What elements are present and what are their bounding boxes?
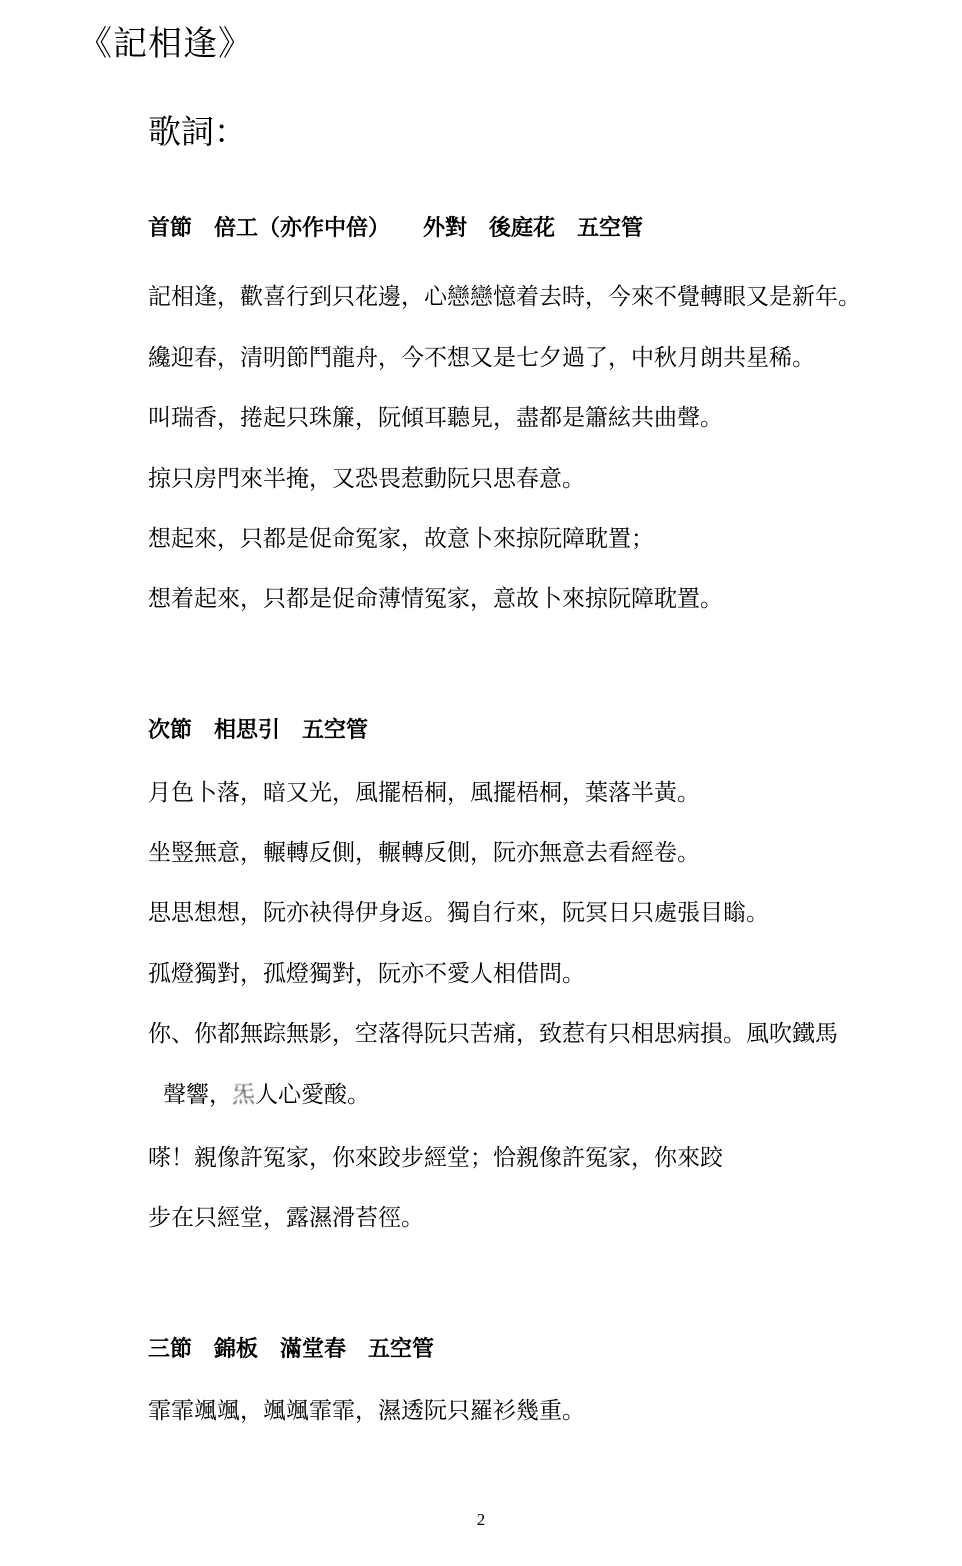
document-page: 《記相逢》 歌詞： 首節 倍工（亦作中倍） 外對 後庭花 五空管 記相逢，歡喜行… <box>0 0 962 1566</box>
lyric-line: 叫瑞香，捲起只珠簾，阮傾耳聽見，盡都是簫絃共曲聲。 <box>148 399 723 432</box>
section-2-heading: 次節 相思引 五空管 <box>148 713 368 744</box>
lyric-line: 思思想想，阮亦袂得伊身返。獨自行來，阮冥日只處張目瞈。 <box>148 894 769 927</box>
lyric-line: 坐竪無意，輾轉反側，輾轉反側，阮亦無意去看經卷。 <box>148 834 700 867</box>
section-3-heading: 三節 錦板 滿堂春 五空管 <box>148 1332 434 1363</box>
lyric-text: 人心愛酸。 <box>255 1081 370 1107</box>
lyric-line: 孤燈獨對，孤燈獨對，阮亦不愛人相借問。 <box>148 955 585 988</box>
lyric-line: 想起來，只都是促命冤家，故意卜來掠阮障耽置； <box>148 520 654 553</box>
lyric-line: 想着起來，只都是促命薄情冤家，意故卜來掠阮障耽置。 <box>148 580 723 613</box>
lyrics-label: 歌詞： <box>148 106 247 153</box>
section-1-heading: 首節 倍工（亦作中倍） 外對 後庭花 五空管 <box>148 211 643 242</box>
lyric-text: 聲響， <box>163 1081 232 1107</box>
rare-character-glyph: 炁 <box>232 1081 255 1107</box>
lyric-line: 嗏！親像許冤家，你來跤步經堂；恰親像許冤家，你來跤 <box>148 1139 723 1172</box>
lyric-line: 霏霏颯颯，颯颯霏霏，濕透阮只羅衫幾重。 <box>148 1392 585 1425</box>
lyric-line: 記相逢，歡喜行到只花邊，心戀戀憶着去時，今來不覺轉眼又是新年。 <box>148 278 861 311</box>
page-number: 2 <box>0 1510 962 1530</box>
lyric-line: 你、你都無踪無影，空落得阮只苦痛，致惹有只相思病損。風吹鐵馬 <box>148 1015 838 1048</box>
lyric-line: 纔迎春，清明節鬥龍舟，今不想又是七夕過了，中秋月朗共星稀。 <box>148 339 815 372</box>
lyric-line: 步在只經堂，露濕滑苔徑。 <box>148 1199 424 1232</box>
lyric-line-with-rare-glyph: 聲響，炁人心愛酸。 <box>163 1076 370 1109</box>
lyric-line: 掠只房門來半掩，又恐畏惹動阮只思春意。 <box>148 460 585 493</box>
song-title: 《記相逢》 <box>78 16 253 65</box>
lyric-line: 月色卜落，暗又光，風擺梧桐，風擺梧桐，葉落半黃。 <box>148 774 700 807</box>
